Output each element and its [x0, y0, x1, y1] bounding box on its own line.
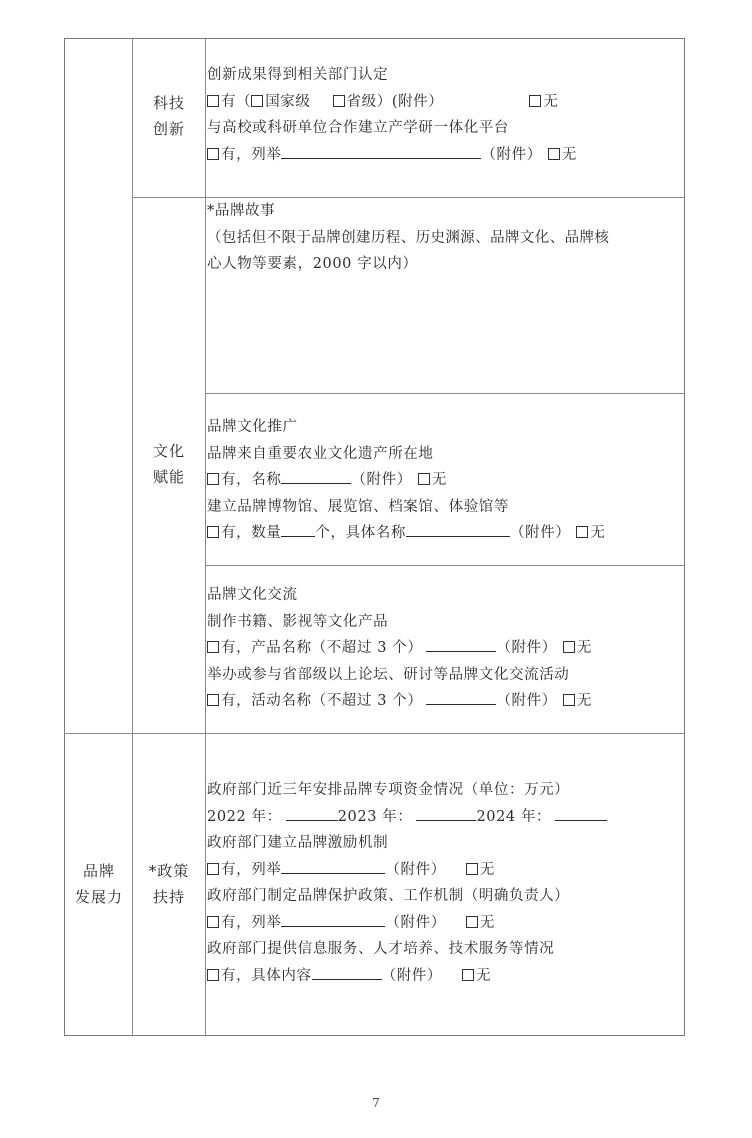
- incentive-list-input[interactable]: [281, 857, 385, 874]
- museum-options: 有，数量个，具体名称（附件）无: [207, 520, 683, 547]
- row-divider-section: [64, 733, 685, 734]
- funding-years: 2022 年：2023 年：2024 年：: [207, 804, 683, 831]
- row-divider-story-promo: [205, 393, 685, 394]
- heritage-options: 有，名称（附件）无: [207, 467, 683, 494]
- checkbox-national[interactable]: [251, 95, 263, 107]
- protection-options: 有，列举（附件）无: [207, 910, 683, 937]
- funding-2024-input[interactable]: [555, 804, 607, 821]
- subcategory-policy-support: *政策 扶持: [134, 858, 204, 910]
- quantity-input-blank[interactable]: [281, 520, 315, 537]
- subcategory-culture-empowerment: 文化 赋能: [134, 438, 204, 490]
- cultural-products-options: 有，产品名称（不超过 3 个）（附件）无: [207, 635, 683, 662]
- service-content-input[interactable]: [312, 963, 382, 980]
- checkbox-no[interactable]: [418, 473, 430, 485]
- protection-label: 政府部门制定品牌保护政策、工作机制（明确负责人）: [207, 883, 683, 910]
- brand-promotion-title: 品牌文化推广: [207, 414, 683, 441]
- subcategory-tech-innovation: 科技 创新: [134, 90, 204, 142]
- checkbox-yes[interactable]: [207, 526, 219, 538]
- activity-name-input-blank[interactable]: [426, 688, 496, 705]
- industry-academia-label: 与高校或科研单位合作建立产学研一体化平台: [207, 115, 683, 142]
- tech-innovation-content: 创新成果得到相关部门认定 有（国家级省级）(附件）无 与高校或科研单位合作建立产…: [207, 62, 683, 168]
- funding-2022-input[interactable]: [286, 804, 338, 821]
- checkbox-yes[interactable]: [207, 694, 219, 706]
- page-number: 7: [0, 1096, 752, 1110]
- forum-label: 举办或参与省部级以上论坛、研讨等品牌文化交流活动: [207, 662, 683, 689]
- museum-label: 建立品牌博物馆、展览馆、档案馆、体验馆等: [207, 494, 683, 521]
- innovation-recognition-options: 有（国家级省级）(附件）无: [207, 89, 683, 116]
- checkbox-no[interactable]: [466, 916, 478, 928]
- brand-exchange-block: 品牌文化交流 制作书籍、影视等文化产品 有，产品名称（不超过 3 个）（附件）无…: [207, 582, 683, 715]
- forum-options: 有，活动名称（不超过 3 个）（附件）无: [207, 688, 683, 715]
- brand-story-desc-2: 心人物等要素，2000 字以内）: [207, 251, 683, 278]
- checkbox-yes[interactable]: [207, 473, 219, 485]
- checkbox-no[interactable]: [576, 526, 588, 538]
- product-name-input-blank[interactable]: [426, 635, 496, 652]
- column-divider-1: [132, 38, 133, 1036]
- row-divider-promo-exchange: [205, 565, 685, 566]
- innovation-recognition-label: 创新成果得到相关部门认定: [207, 62, 683, 89]
- policy-support-content: 政府部门近三年安排品牌专项资金情况（单位：万元） 2022 年：2023 年：2…: [207, 777, 683, 989]
- brand-story-block: *品牌故事 （包括但不限于品牌创建历程、历史渊源、品牌文化、品牌核 心人物等要素…: [207, 198, 683, 278]
- checkbox-no[interactable]: [466, 863, 478, 875]
- brand-story-input-area[interactable]: [207, 280, 683, 390]
- incentive-label: 政府部门建立品牌激励机制: [207, 830, 683, 857]
- industry-academia-options: 有，列举（附件）无: [207, 142, 683, 169]
- column-divider-2: [205, 38, 206, 1036]
- checkbox-no[interactable]: [563, 641, 575, 653]
- checkbox-yes[interactable]: [207, 863, 219, 875]
- checkbox-yes[interactable]: [207, 148, 219, 160]
- checkbox-no[interactable]: [563, 694, 575, 706]
- protection-list-input[interactable]: [281, 910, 385, 927]
- name-input-blank[interactable]: [281, 467, 351, 484]
- cultural-products-label: 制作书籍、影视等文化产品: [207, 609, 683, 636]
- checkbox-provincial[interactable]: [333, 95, 345, 107]
- checkbox-no[interactable]: [548, 148, 560, 160]
- category-brand-development: 品牌 发展力: [66, 858, 132, 910]
- service-options: 有，具体内容（附件）无: [207, 963, 683, 990]
- brand-story-title: *品牌故事: [207, 198, 683, 225]
- brand-exchange-title: 品牌文化交流: [207, 582, 683, 609]
- checkbox-no[interactable]: [462, 969, 474, 981]
- document-page: 科技 创新 创新成果得到相关部门认定 有（国家级省级）(附件）无 与高校或科研单…: [0, 0, 752, 1138]
- heritage-label: 品牌来自重要农业文化遗产所在地: [207, 441, 683, 468]
- checkbox-yes[interactable]: [207, 916, 219, 928]
- service-label: 政府部门提供信息服务、人才培养、技术服务等情况: [207, 936, 683, 963]
- funding-2023-input[interactable]: [416, 804, 476, 821]
- incentive-options: 有，列举（附件）无: [207, 857, 683, 884]
- checkbox-yes[interactable]: [207, 969, 219, 981]
- funding-label: 政府部门近三年安排品牌专项资金情况（单位：万元）: [207, 777, 683, 804]
- list-input-blank[interactable]: [281, 142, 481, 159]
- checkbox-yes[interactable]: [207, 95, 219, 107]
- checkbox-yes[interactable]: [207, 641, 219, 653]
- brand-story-desc-1: （包括但不限于品牌创建历程、历史渊源、品牌文化、品牌核: [207, 225, 683, 252]
- checkbox-no[interactable]: [529, 95, 541, 107]
- brand-promotion-block: 品牌文化推广 品牌来自重要农业文化遗产所在地 有，名称（附件）无 建立品牌博物馆…: [207, 414, 683, 547]
- museum-name-input-blank[interactable]: [406, 520, 510, 537]
